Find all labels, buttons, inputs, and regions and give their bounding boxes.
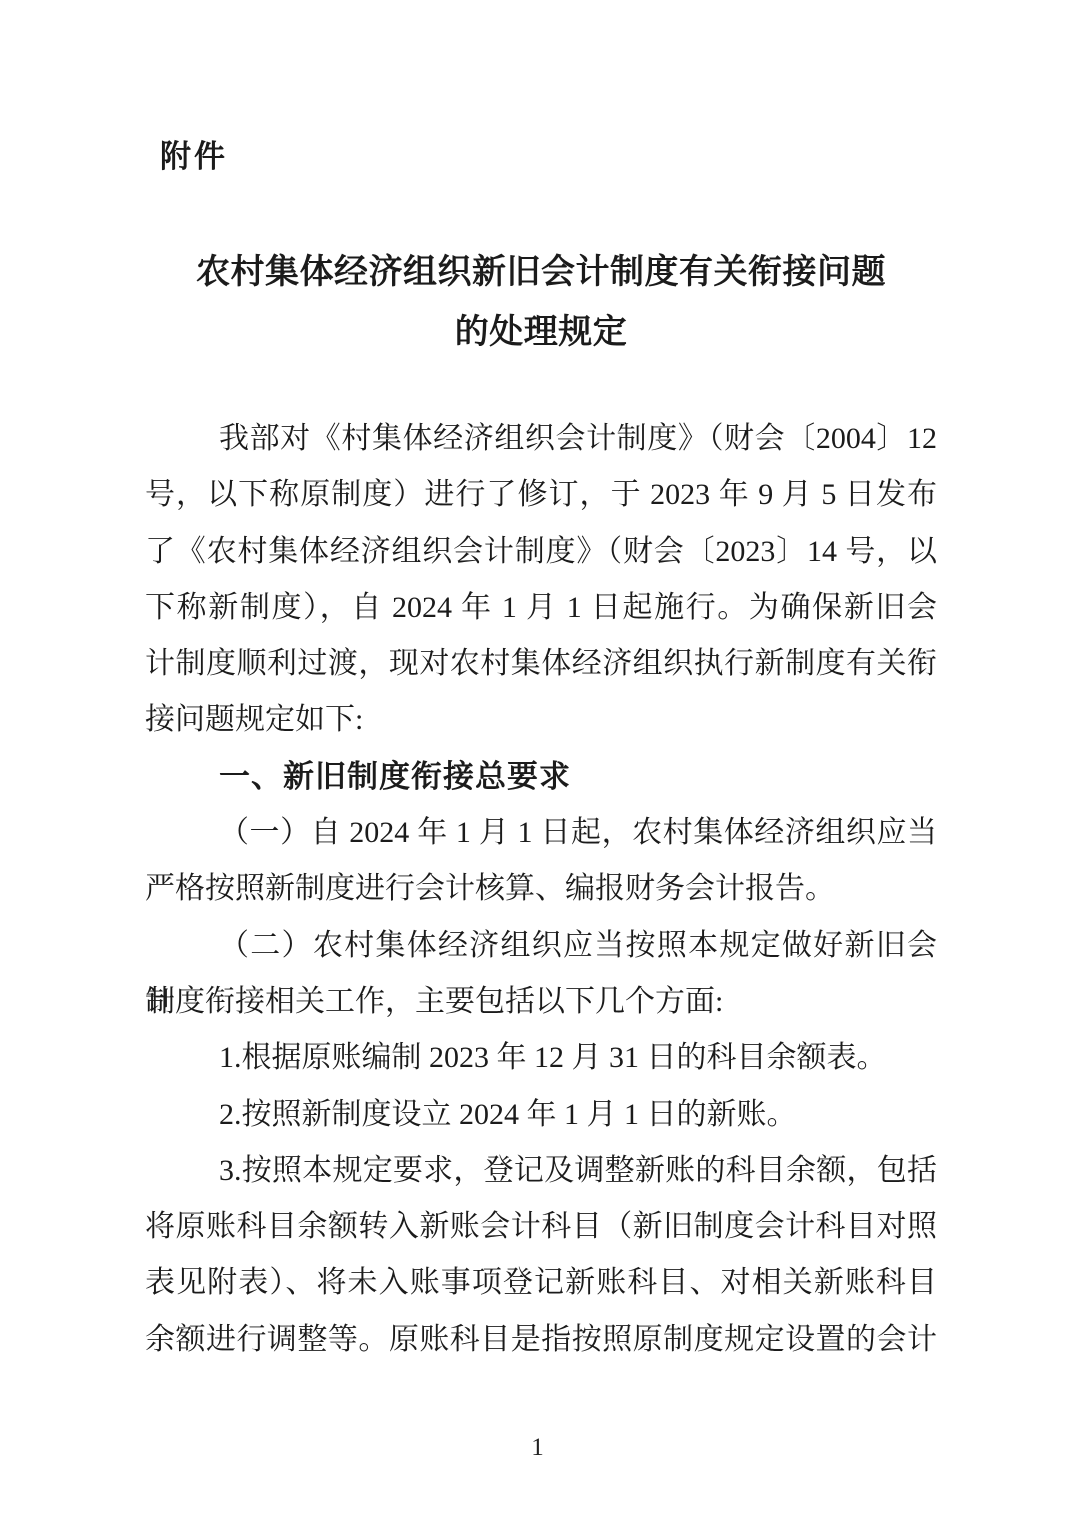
section-heading: 一、新旧制度衔接总要求 — [145, 749, 937, 805]
body-line: 严格按照新制度进行会计核算、编报财务会计报告。 — [145, 861, 937, 917]
attachment-label: 附件 — [160, 131, 228, 176]
document-title-line-2: 的处理规定 — [145, 303, 937, 363]
body-line: 将原账科目余额转入新账会计科目（新旧制度会计科目对照 — [145, 1199, 937, 1255]
body-line: 表见附表）、将未入账事项登记新账科目、对相关新账科目 — [145, 1255, 937, 1311]
body-line: 了《农村集体经济组织会计制度》（财会〔2023〕14 号，以 — [145, 524, 937, 580]
body-line: 号，以下称原制度）进行了修订，于 2023 年 9 月 5 日发布 — [145, 467, 937, 523]
body-line: 接问题规定如下: — [145, 692, 937, 748]
body-line: （二）农村集体经济组织应当按照本规定做好新旧会计 — [145, 918, 937, 974]
body-line: 下称新制度），自 2024 年 1 月 1 日起施行。为确保新旧会 — [145, 580, 937, 636]
body-line: 3.按照本规定要求，登记及调整新账的科目余额，包括 — [145, 1143, 937, 1199]
body-line: 我部对《村集体经济组织会计制度》（财会〔2004〕12 — [145, 411, 937, 467]
document-page: 附件 农村集体经济组织新旧会计制度有关衔接问题 的处理规定 我部对《村集体经济组… — [0, 0, 1080, 1527]
body-line: 2.按照新制度设立 2024 年 1 月 1 日的新账。 — [145, 1087, 937, 1143]
document-body: 我部对《村集体经济组织会计制度》（财会〔2004〕12 号，以下称原制度）进行了… — [145, 411, 937, 1368]
page-number: 1 — [0, 1434, 1075, 1462]
body-line: 余额进行调整等。原账科目是指按照原制度规定设置的会计 — [145, 1312, 937, 1368]
body-line: 制度衔接相关工作，主要包括以下几个方面: — [145, 974, 937, 1030]
body-line: （一）自 2024 年 1 月 1 日起，农村集体经济组织应当 — [145, 805, 937, 861]
body-line: 1.根据原账编制 2023 年 12 月 31 日的科目余额表。 — [145, 1030, 937, 1086]
document-title-line-1: 农村集体经济组织新旧会计制度有关衔接问题 — [145, 243, 937, 303]
document-title: 农村集体经济组织新旧会计制度有关衔接问题 的处理规定 — [145, 243, 937, 363]
body-line: 计制度顺利过渡，现对农村集体经济组织执行新制度有关衔 — [145, 636, 937, 692]
